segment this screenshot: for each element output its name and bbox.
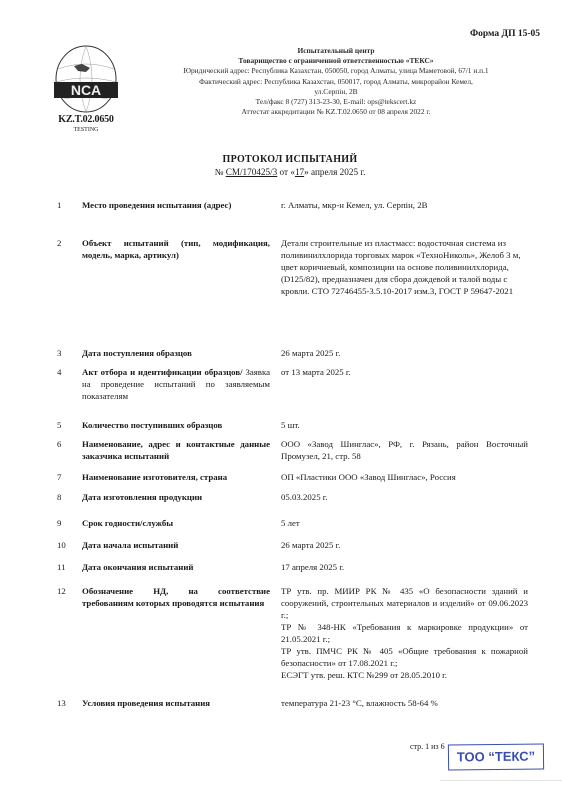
row-label-bold: Акт отбора и идентификации образцов/ — [82, 367, 243, 377]
row-number: 5 — [57, 419, 75, 431]
row-label: Дата окончания испытаний — [82, 561, 270, 573]
row-label: Дата начала испытаний — [82, 539, 270, 551]
org-legal-address: Юридический адрес: Республика Казахстан,… — [138, 66, 534, 76]
row-value: Детали строительные из пластмасс: водост… — [281, 237, 528, 297]
norm-doc: ТР утв. ПМЧС РК № 405 «Общие требования … — [281, 645, 528, 669]
organization-header: Испытательный центр Товарищество с огран… — [138, 46, 534, 117]
row-number: 9 — [57, 517, 75, 529]
row-label: Количество поступивших образцов — [82, 419, 270, 431]
page-number: стр. 1 из 6 — [410, 742, 445, 751]
date-suffix: » апреля 2025 г. — [304, 167, 365, 177]
row-label: Условия проведения испытания — [82, 697, 270, 709]
org-actual-address-1: Фактический адрес: Республика Казахстан,… — [138, 77, 534, 87]
protocol-title: ПРОТОКОЛ ИСПЫТАНИЙ — [150, 154, 430, 165]
org-center: Испытательный центр — [138, 46, 534, 56]
row-label: Срок годности/службы — [82, 517, 270, 529]
number-prefix: № — [215, 167, 224, 177]
row-number: 7 — [57, 471, 75, 483]
protocol-day: 17 — [295, 167, 304, 177]
org-contacts: Тел/факс 8 (727) 313-23-30, E-mail: ops@… — [138, 97, 534, 107]
row-label: Дата поступления образцов — [82, 347, 270, 359]
row-value: ТР утв. пр. МИИР РК № 435 «О безопасност… — [281, 585, 528, 681]
date-prefix: от « — [280, 167, 295, 177]
svg-text:NCA: NCA — [71, 82, 101, 98]
logo-registration: KZ.T.02.0650 — [44, 114, 128, 125]
logo-caption: TESTING — [44, 127, 128, 133]
norm-doc: ТР № 348-НК «Требования к маркировке про… — [281, 621, 528, 645]
norm-doc: ТР утв. пр. МИИР РК № 435 «О безопасност… — [281, 585, 528, 621]
row-value: 5 шт. — [281, 419, 528, 431]
row-label: Дата изготовления продукции — [82, 491, 270, 503]
row-number: 3 — [57, 347, 75, 359]
row-number: 1 — [57, 199, 75, 211]
row-label: Объект испытаний (тип, модификация, моде… — [82, 237, 270, 261]
protocol-number: CM/170425/3 — [226, 167, 278, 177]
globe-icon: NCA — [44, 44, 128, 114]
row-value: ОП «Пластики ООО «Завод Шинглас», Россия — [281, 471, 528, 483]
row-value: ООО «Завод Шинглас», РФ, г. Рязань, райо… — [281, 438, 528, 462]
row-number: 13 — [57, 697, 75, 709]
row-value: 26 марта 2025 г. — [281, 347, 528, 359]
row-number: 11 — [57, 561, 75, 573]
row-value: 05.03.2025 г. — [281, 491, 528, 503]
row-number: 6 — [57, 438, 75, 450]
org-accreditation: Аттестат аккредитации № KZ.T.02.0650 от … — [138, 107, 534, 117]
norm-doc: ЕСЭГТ утв. реш. КТС №299 от 28.05.2010 г… — [281, 669, 528, 681]
row-label: Место проведения испытания (адрес) — [82, 199, 270, 211]
row-number: 10 — [57, 539, 75, 551]
row-value: 17 апреля 2025 г. — [281, 561, 528, 573]
company-stamp: ТОО “ТЕКС” — [448, 743, 544, 770]
nca-logo: NCA KZ.T.02.0650 TESTING — [44, 44, 128, 140]
row-number: 2 — [57, 237, 75, 249]
divider — [440, 780, 562, 781]
protocol-heading: ПРОТОКОЛ ИСПЫТАНИЙ № CM/170425/3 от «17»… — [150, 154, 430, 177]
row-value: 26 марта 2025 г. — [281, 539, 528, 551]
row-value: температура 21-23 °С, влажность 58-64 % — [281, 697, 528, 709]
form-code: Форма ДП 15-05 — [470, 29, 540, 39]
row-label: Наименование, адрес и контактные данные … — [82, 438, 270, 462]
org-actual-address-2: ул.Серпін, 2В — [138, 87, 534, 97]
row-label: Обозначение НД, на соответствие требован… — [82, 585, 270, 609]
row-label: Акт отбора и идентификации образцов/ Зая… — [82, 366, 270, 402]
row-value: г. Алматы, мкр-н Кемел, ул. Серпін, 2В — [281, 199, 528, 211]
org-name: Товарищество с ограниченной ответственно… — [138, 56, 534, 66]
row-value: 5 лет — [281, 517, 528, 529]
protocol-number-line: № CM/170425/3 от «17» апреля 2025 г. — [150, 167, 430, 177]
row-number: 8 — [57, 491, 75, 503]
row-number: 12 — [57, 585, 75, 597]
row-value: от 13 марта 2025 г. — [281, 366, 528, 378]
row-label: Наименование изготовителя, страна — [82, 471, 270, 483]
row-number: 4 — [57, 366, 75, 378]
